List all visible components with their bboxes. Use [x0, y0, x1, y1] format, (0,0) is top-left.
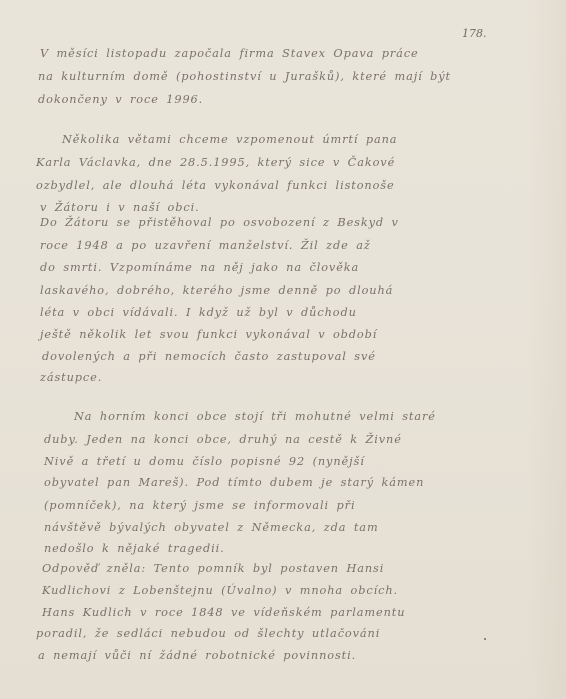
text-line: dokončeny v roce 1996. [38, 93, 203, 106]
text-line: Hans Kudlich v roce 1848 ve vídeňském pa… [42, 606, 405, 619]
text-line: roce 1948 a po uzavření manželství. Žil … [40, 239, 371, 252]
text-line: Karla Václavka, dne 28.5.1995, který sic… [36, 156, 395, 169]
text-line: ozbydlel, ale dlouhá léta vykonával funk… [36, 179, 395, 192]
text-line: Nivě a třetí u domu číslo popisné 92 (ny… [44, 455, 365, 468]
handwritten-page: 178. V měsíci listopadu započala firma S… [0, 0, 566, 699]
text-line: Na horním konci obce stojí tři mohutné v… [74, 410, 436, 423]
text-line: laskavého, dobrého, kterého jsme denně p… [40, 284, 393, 297]
text-line: a nemají vůči ní žádné robotnické povinn… [38, 649, 356, 662]
text-line: obyvatel pan Mareš). Pod tímto dubem je … [44, 476, 424, 489]
text-line: (pomníček), na který jsme se informovali… [44, 499, 355, 512]
text-line: ještě několik let svou funkci vykonával … [40, 328, 377, 341]
text-line: nedošlo k nějaké tragedii. [44, 542, 225, 555]
text-line: Odpověď zněla: Tento pomník byl postaven… [42, 562, 384, 575]
page-number: 178. [462, 27, 487, 40]
text-line: Do Žátoru se přistěhoval po osvobození z… [40, 216, 399, 229]
text-line: poradil, že sedláci nebudou od šlechty u… [36, 627, 380, 640]
text-line: v Žátoru i v naší obci. [40, 201, 200, 214]
text-line: zástupce. [40, 371, 102, 384]
text-line: léta v obci vídávali. I když už byl v dů… [40, 306, 357, 319]
text-line: V měsíci listopadu započala firma Stavex… [40, 47, 419, 60]
pencil-mark [484, 638, 486, 640]
text-line: Kudlichovi z Lobenštejnu (Úvalno) v mnoh… [42, 584, 398, 597]
text-line: Několika větami chceme vzpomenout úmrtí … [62, 133, 397, 146]
text-line: návštěvě bývalých obyvatel z Německa, zd… [44, 521, 379, 534]
text-line: do smrti. Vzpomínáme na něj jako na člov… [40, 261, 359, 274]
text-line: duby. Jeden na konci obce, druhý na cest… [44, 433, 402, 446]
text-line: na kulturním domě (pohostinství u Jurašk… [38, 70, 451, 83]
text-line: dovolených a při nemocích často zastupov… [42, 350, 376, 363]
